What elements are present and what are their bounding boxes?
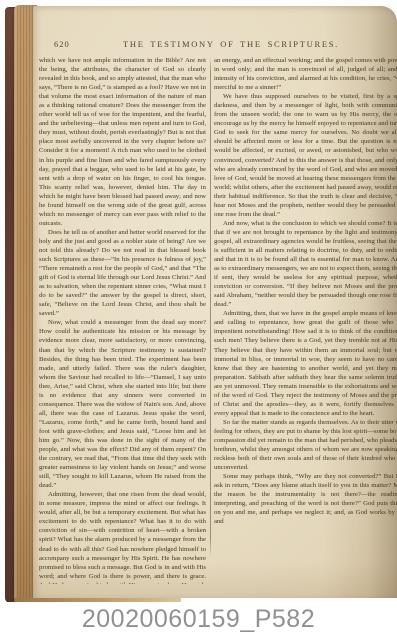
page-header: 620 THE TESTIMONY OF THE SCRIPTURES. <box>39 39 397 51</box>
running-title: THE TESTIMONY OF THE SCRIPTURES. <box>39 39 397 49</box>
photo-id-label: 20020060159_P582 <box>0 602 397 640</box>
book-photograph: 620 THE TESTIMONY OF THE SCRIPTURES. whi… <box>0 0 397 604</box>
paragraph: We have thus supposed ourselves to be vi… <box>214 92 397 219</box>
book: 620 THE TESTIMONY OF THE SCRIPTURES. whi… <box>5 4 397 604</box>
paragraph: And now, what is the conclusion to which… <box>214 219 397 309</box>
column-divider <box>210 57 211 558</box>
book-page: 620 THE TESTIMONY OF THE SCRIPTURES. whi… <box>33 6 397 598</box>
paragraph: So far the matter stands as regards them… <box>214 418 397 472</box>
paragraph: Does he tell us of another and better wo… <box>39 228 206 318</box>
paragraph: Now, what could a messenger from the dea… <box>39 318 206 490</box>
text-column-left: which we have not ample information in t… <box>39 56 206 584</box>
paragraph: an energy, and an effectual working; and… <box>214 56 397 92</box>
paragraph: Admitting, however, that one risen from … <box>39 490 206 584</box>
page-number: 620 <box>54 39 70 49</box>
paragraph: Admitting, then, that we have in the gos… <box>214 309 397 418</box>
paragraph: Some may perhaps think, “Why are they no… <box>214 472 397 526</box>
paragraph: which we have not ample information in t… <box>39 56 206 228</box>
text-column-right: an energy, and an effectual working; and… <box>214 56 397 584</box>
text-columns: which we have not ample information in t… <box>39 56 397 584</box>
